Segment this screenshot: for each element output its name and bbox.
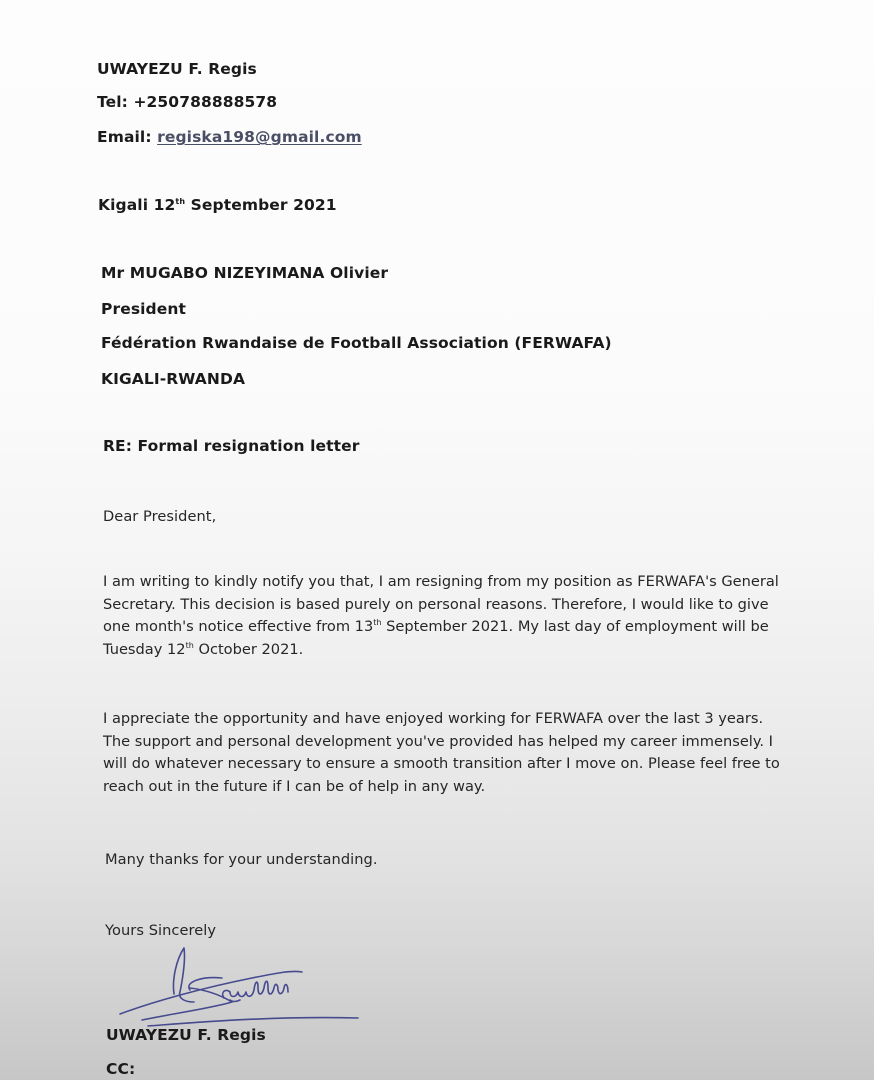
sender-name: UWAYEZU F. Regis	[97, 60, 257, 78]
closing: Yours Sincerely	[105, 922, 216, 939]
cc-label: CC:	[106, 1060, 135, 1078]
paragraph-line: will do whatever necessary to ensure a s…	[103, 753, 803, 776]
subject-line: RE: Formal resignation letter	[103, 437, 359, 455]
paragraph-line: reach out in the future if I can be of h…	[103, 776, 803, 799]
text-segment: one month's notice effective from 13	[103, 618, 373, 635]
signature-icon	[112, 942, 372, 1027]
date-day: 12	[154, 196, 176, 214]
paragraph-resignation-notice: I am writing to kindly notify you that, …	[103, 571, 803, 661]
recipient-name: Mr MUGABO NIZEYIMANA Olivier	[101, 264, 388, 282]
letter-date: Kigali 12th September 2021	[98, 196, 337, 214]
sender-email: Email: regiska198@gmail.com	[97, 128, 362, 146]
tel-value: +250788888578	[133, 93, 277, 111]
signatory-name: UWAYEZU F. Regis	[106, 1026, 266, 1044]
superscript: th	[186, 641, 194, 650]
date-city: Kigali	[98, 196, 148, 214]
paragraph-line: The support and personal development you…	[103, 731, 803, 754]
recipient-title: President	[101, 300, 186, 318]
sender-tel: Tel: +250788888578	[97, 93, 277, 111]
paragraph-line: Secretary. This decision is based purely…	[103, 594, 803, 617]
tel-label: Tel:	[97, 93, 128, 111]
text-segment: Tuesday 12	[103, 641, 186, 658]
text-segment: October 2021.	[194, 641, 303, 658]
recipient-organization: Fédération Rwandaise de Football Associa…	[101, 334, 612, 352]
paragraph-line: I appreciate the opportunity and have en…	[103, 708, 803, 731]
date-day-suffix: th	[175, 197, 185, 206]
paragraph-line: Tuesday 12th October 2021.	[103, 639, 803, 662]
letter-page: UWAYEZU F. Regis Tel: +250788888578 Emai…	[0, 0, 874, 1080]
text-segment: September 2021. My last day of employmen…	[381, 618, 768, 635]
recipient-location: KIGALI-RWANDA	[101, 370, 245, 388]
salutation: Dear President,	[103, 508, 216, 525]
paragraph-appreciation: I appreciate the opportunity and have en…	[103, 708, 803, 798]
email-link[interactable]: regiska198@gmail.com	[157, 128, 362, 146]
email-label: Email:	[97, 128, 152, 146]
paragraph-line: one month's notice effective from 13th S…	[103, 616, 803, 639]
closing-thanks: Many thanks for your understanding.	[105, 851, 378, 868]
date-month-year: September 2021	[191, 196, 337, 214]
paragraph-line: I am writing to kindly notify you that, …	[103, 571, 803, 594]
